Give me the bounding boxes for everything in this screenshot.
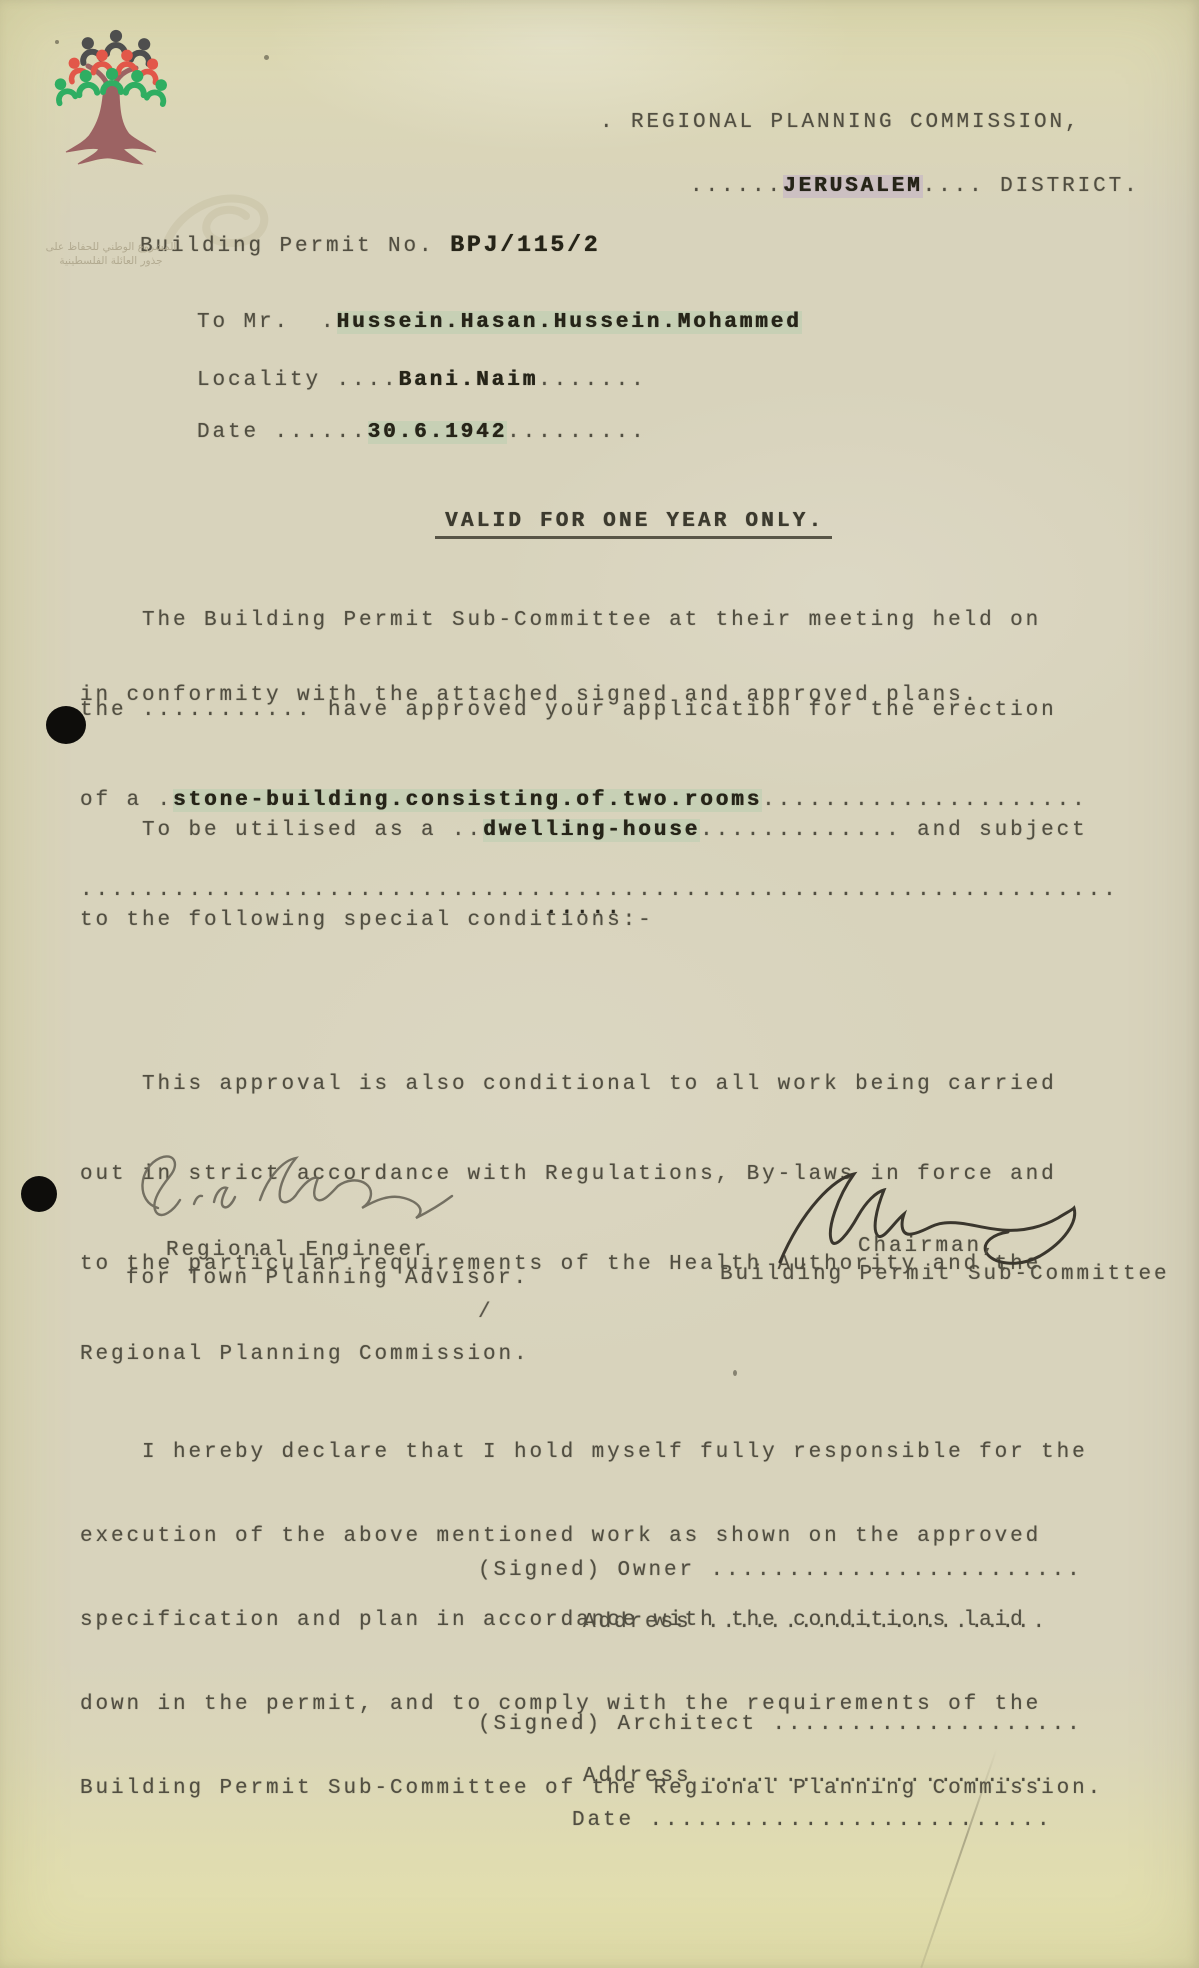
paper-speck (264, 55, 269, 60)
utilisation-line-1: To be utilised as a ..dwelling-house....… (80, 816, 1088, 846)
addressee-name: Hussein.Hasan.Hussein.Mohammed (337, 311, 802, 334)
utilisation-value: dwelling-house (483, 819, 700, 842)
date-label: Date ...... (197, 421, 368, 444)
signature-right-role-1: Chairman, (858, 1232, 998, 1262)
signature-left-role-2: for Town Planning Advisor. (126, 1264, 529, 1294)
addressee-label: To Mr. . (197, 311, 337, 334)
architect-address-line: Address ...................... (583, 1762, 1048, 1792)
stray-pen-mark: / (478, 1298, 494, 1328)
archive-arabic-caption: المشروع الوطني للحفاظ على جذور العائلة ا… (36, 240, 186, 268)
arabic-caption-line-1: المشروع الوطني للحفاظ على (36, 240, 186, 254)
signed-architect-line: (Signed) Architect .................... (478, 1710, 1083, 1740)
utilisation-pre: To be utilised as a .. (80, 819, 483, 842)
grant-line-1: The Building Permit Sub-Committee at the… (80, 606, 1119, 636)
paper-speck (733, 1370, 737, 1376)
hole-punch-bottom (21, 1176, 57, 1212)
header-line-2: ......JERUSALEM.... DISTRICT. (628, 142, 1140, 232)
building-permit-document: . REGIONAL PLANNING COMMISSION, ......JE… (0, 0, 1199, 1968)
conditional-line-4: Regional Planning Commission. (80, 1340, 1057, 1370)
date-line: Date ......30.6.1942......... (135, 388, 647, 478)
people-tree-logo (46, 26, 176, 168)
date-trail-dots: ......... (507, 421, 647, 444)
signature-left-role-1: Regional Engineer (166, 1236, 430, 1266)
arabic-caption-line-2: جذور العائلة الفلسطينية (36, 254, 186, 268)
conditions-placeholder: ..... (545, 894, 623, 924)
date-value: 30.6.1942 (368, 421, 508, 444)
conformity-line: in conformity with the attached signed a… (80, 681, 979, 711)
header-line-2-rest: .... DISTRICT. (923, 175, 1140, 198)
declaration-line-2: execution of the above mentioned work as… (80, 1523, 1103, 1551)
header-line-1: . REGIONAL PLANNING COMMISSION, (600, 108, 1081, 138)
validity-heading: VALID FOR ONE YEAR ONLY. (435, 510, 832, 539)
sign-date-line: Date .......................... (572, 1806, 1053, 1836)
declaration-line-1: I hereby declare that I hold myself full… (80, 1439, 1103, 1467)
header-dots-pre: ...... (690, 175, 783, 198)
permit-number-value: BPJ/115/2 (450, 232, 600, 258)
conditional-line-1: This approval is also conditional to all… (80, 1070, 1057, 1100)
hole-punch-top (46, 706, 86, 744)
signed-owner-line: (Signed) Owner ........................ (478, 1556, 1083, 1586)
regional-engineer-signature (122, 1146, 457, 1241)
owner-address-line: Address ...................... (583, 1608, 1048, 1638)
utilisation-dots: ............. and subject (700, 819, 1088, 842)
paragraph-utilisation: To be utilised as a ..dwelling-house....… (80, 756, 1088, 996)
signature-right-role-2: Building Permit Sub-Committee (720, 1260, 1170, 1290)
permit-number-label: Building Permit No. (140, 235, 450, 258)
paper-speck (55, 40, 59, 44)
district-name: JERUSALEM (783, 175, 923, 198)
